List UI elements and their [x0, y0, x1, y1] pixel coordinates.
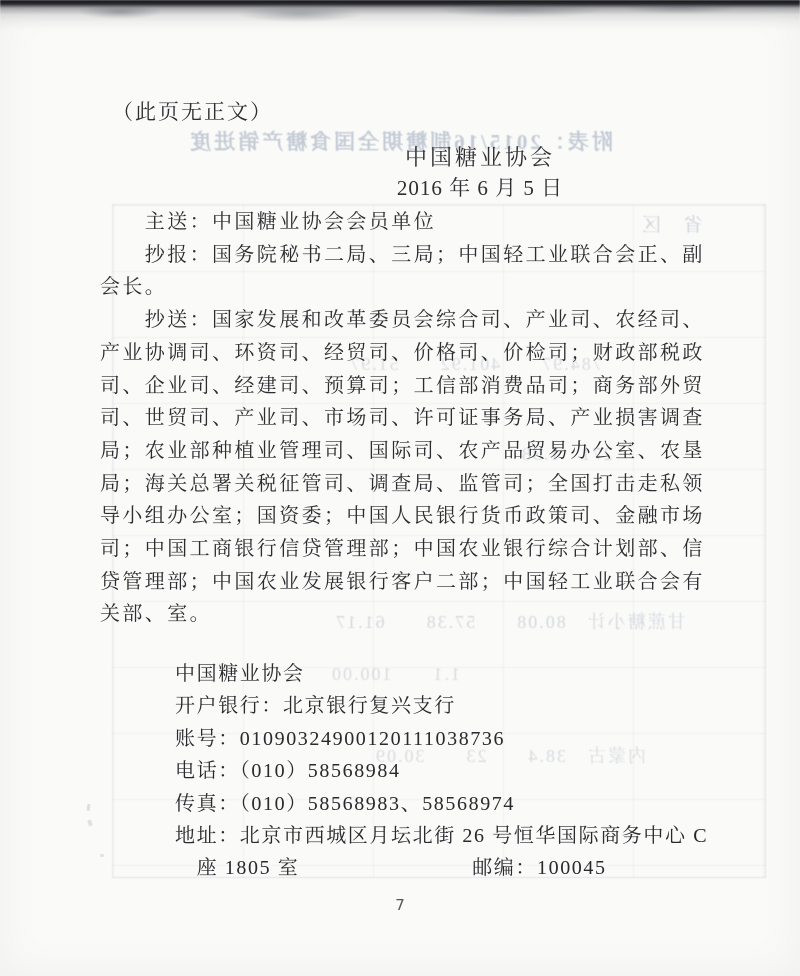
- signature-date: 2016 年 6 月 5 日: [280, 173, 680, 203]
- distribution-line: 司、企业司、经建司、预算司；工信部消费品司；商务部外贸: [100, 370, 760, 403]
- distribution-block: 主送：中国糖业协会会员单位 抄报：国务院秘书二局、三局；中国轻工业联合会正、副 …: [100, 206, 760, 631]
- distribution-line: 关部、室。: [100, 598, 760, 631]
- signature-block: 中国糖业协会 2016 年 6 月 5 日: [280, 143, 680, 203]
- distribution-line: 导小组办公室；国资委；中国人民银行货币政策司、金融市场: [100, 500, 760, 533]
- scan-speck: [100, 854, 104, 857]
- distribution-line: 局；农业部种植业管理司、国际司、农产品贸易办公室、农垦: [100, 435, 760, 468]
- document-page: 附表：2015/16制糖期全国食糖产销进度 省 区 784.97 401.92 …: [0, 0, 800, 976]
- no-body-note: （此页无正文）: [112, 96, 273, 126]
- page-number: 7: [0, 896, 800, 914]
- distribution-line: 会长。: [100, 271, 760, 304]
- distribution-line: 主送：中国糖业协会会员单位: [100, 206, 760, 239]
- contact-line: 账号：01090324900120111038736: [175, 723, 775, 755]
- contact-line: 电话：（010）58568984: [175, 755, 775, 787]
- distribution-line: 司；中国工商银行信贷管理部；中国农业银行综合计划部、信: [100, 533, 760, 566]
- distribution-line: 局；海关总署关税征管司、调查局、监管司；全国打击走私领: [100, 468, 760, 501]
- scan-artifact-top-band: [0, 0, 800, 34]
- signature-organization: 中国糖业协会: [280, 143, 680, 173]
- contact-line: 开户银行：北京银行复兴支行: [175, 690, 775, 722]
- distribution-line: 产业协调司、环资司、经贸司、价格司、价检司；财政部税政: [100, 337, 760, 370]
- scan-speck: [87, 804, 91, 811]
- distribution-line: 抄报：国务院秘书二局、三局；中国轻工业联合会正、副: [100, 239, 760, 272]
- contact-line: 中国糖业协会: [175, 658, 775, 690]
- scan-speck: [87, 819, 93, 826]
- contact-line: 传真：（010）58568983、58568974: [175, 788, 775, 820]
- distribution-line: 司、世贸司、产业司、市场司、许可证事务局、产业损害调查: [100, 402, 760, 435]
- distribution-line: 抄送：国家发展和改革委员会综合司、产业司、农经司、: [100, 304, 760, 337]
- contact-line: 座 1805 室 邮编：100045: [175, 852, 775, 884]
- contact-block: 中国糖业协会 开户银行：北京银行复兴支行 账号：0109032490012011…: [175, 658, 775, 885]
- contact-line: 地址：北京市西城区月坛北街 26 号恒华国际商务中心 C: [175, 820, 775, 852]
- distribution-line: 贷管理部；中国农业发展银行客户二部；中国轻工业联合会有: [100, 566, 760, 599]
